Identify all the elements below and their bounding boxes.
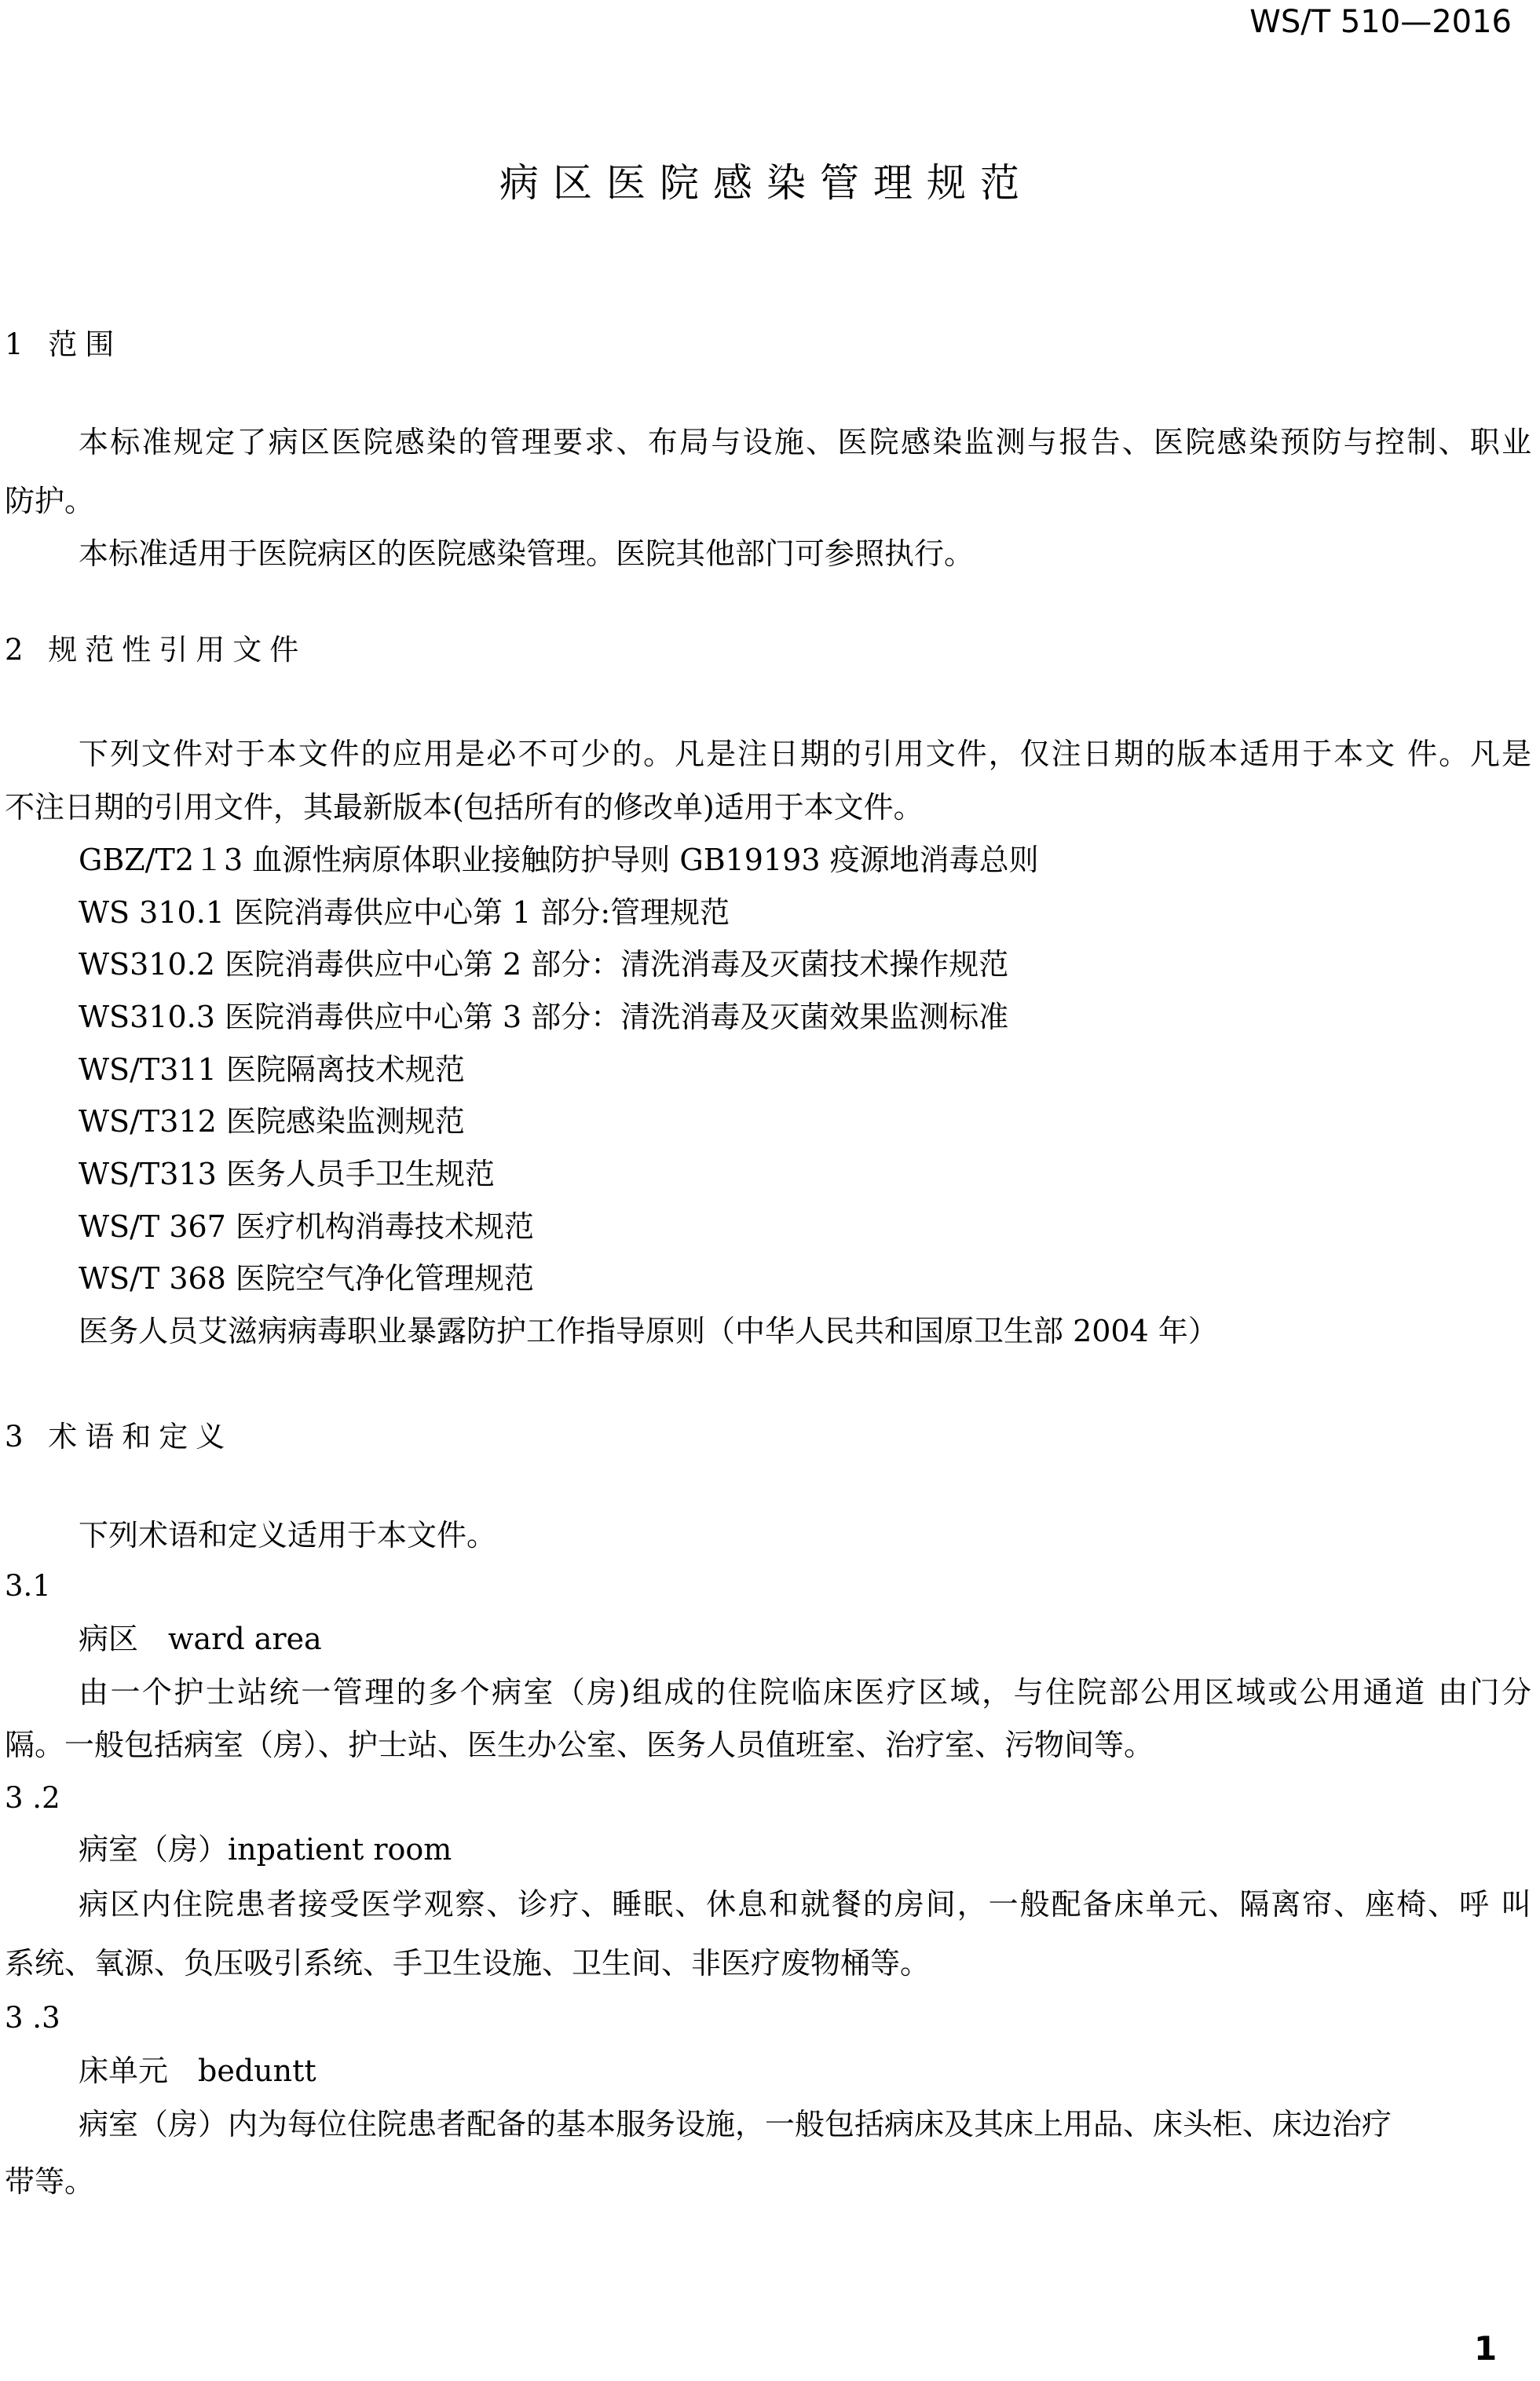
standard-code-header: WS/T 510—2016 [1249, 6, 1512, 38]
section-1-paragraph-1-line-2: 防护。 [5, 486, 94, 516]
reference-item: WS/T 368 医院空气净化管理规范 [79, 1264, 534, 1293]
reference-item: WS/T312 医院感染监测规范 [79, 1106, 465, 1136]
term-definition-line-1: 病区内住院患者接受医学观察、诊疗、睡眠、休息和就餐的房间，一般配备床单元、隔离帘… [79, 1889, 1531, 1919]
reference-item: WS/T 367 医疗机构消毒技术规范 [79, 1212, 534, 1242]
section-1-paragraph-1-line-1: 本标准规定了病区医院感染的管理要求、布局与设施、医院感染监测与报告、医院感染预防… [79, 427, 1531, 457]
reference-item: WS310.2 医院消毒供应中心第 2 部分：清洗消毒及灭菌技术操作规范 [79, 949, 1008, 979]
reference-item: WS/T313 医务人员手卫生规范 [79, 1159, 495, 1189]
document-title: 病区医院感染管理规范 [499, 163, 1033, 203]
section-3-heading: 3 术语和定义 [5, 1422, 232, 1451]
term-definition-line-1: 病室（房）内为每位住院患者配备的基本服务设施，一般包括病床及其床上用品、床头柜、… [79, 2109, 1392, 2139]
section-2-intro-line-1: 下列文件对于本文件的应用是必不可少的。凡是注日期的引用文件，仅注日期的版本适用于… [79, 739, 1531, 769]
term-name: 病室（房）inpatient room [79, 1834, 452, 1864]
reference-item: WS/T311 医院隔离技术规范 [79, 1055, 465, 1084]
reference-item: GBZ/T2１3 血源性病原体职业接触防护导则 GB19193 疫源地消毒总则 [79, 845, 1039, 875]
term-number: 3 .3 [5, 2003, 60, 2032]
section-2-heading: 2 规范性引用文件 [5, 635, 306, 664]
section-3-intro: 下列术语和定义适用于本文件。 [79, 1520, 496, 1550]
term-name: 病区 ward area [79, 1624, 322, 1654]
reference-item: WS 310.1 医院消毒供应中心第 1 部分:管理规范 [79, 898, 730, 927]
term-number: 3 .2 [5, 1783, 60, 1812]
term-name: 床单元 beduntt [79, 2056, 316, 2086]
term-definition-line-2: 系统、氧源、负压吸引系统、手卫生设施、卫生间、非医疗废物桶等。 [5, 1948, 930, 1978]
term-definition-line-1: 由一个护士站统一管理的多个病室（房)组成的住院临床医疗区域，与住院部公用区域或公… [79, 1677, 1531, 1707]
term-definition-line-2: 隔。一般包括病室（房）、护士站、医生办公室、医务人员值班室、治疗室、污物间等。 [5, 1730, 1154, 1760]
section-2-intro-line-2: 不注日期的引用文件，其最新版本(包括所有的修改单)适用于本文件。 [5, 792, 924, 822]
reference-item: 医务人员艾滋病病毒职业暴露防护工作指导原则（中华人民共和国原卫生部 2004 年… [79, 1316, 1218, 1346]
term-number: 3.1 [5, 1571, 51, 1600]
term-definition-line-2: 带等。 [5, 2167, 94, 2196]
reference-item: WS310.3 医院消毒供应中心第 3 部分：清洗消毒及灭菌效果监测标准 [79, 1002, 1008, 1032]
section-1-heading: 1 范围 [5, 330, 122, 359]
section-1-paragraph-2: 本标准适用于医院病区的医院感染管理。医院其他部门可参照执行。 [79, 539, 974, 569]
page-number: 1 [1474, 2332, 1497, 2365]
